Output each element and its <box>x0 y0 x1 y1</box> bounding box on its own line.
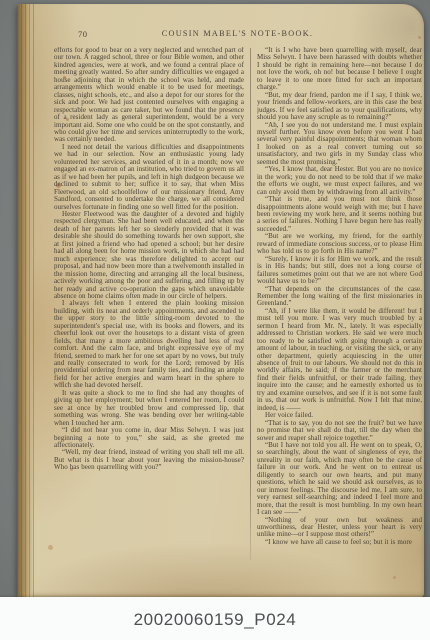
paragraph: It was quite a shock to me to find she h… <box>54 390 244 427</box>
column-divider-rule <box>250 48 251 560</box>
paragraph: “But are we working, my friend, for the … <box>257 233 422 255</box>
paragraph: “Well, my dear friend, instead of writin… <box>54 449 244 471</box>
paragraph: “Ah, if I were like them, it would be di… <box>257 308 422 412</box>
scanned-book-page: 70 COUSIN MABEL'S NOTE-BOOK. efforts for… <box>17 4 424 598</box>
paragraph: efforts for good to bear on a very negle… <box>54 47 244 144</box>
text-column-right: “It is I who have been quarrelling with … <box>257 47 422 564</box>
paragraph: “Surely, I know it is for Him we work, a… <box>257 256 422 286</box>
paragraph: “Yes, I know that, dear Hester. But you … <box>257 166 422 196</box>
paragraph: “I know we have all cause to feel so; bu… <box>257 539 422 546</box>
paragraph: “But I have not told you all. He went on… <box>257 442 422 517</box>
paragraph: “That is true, and you must not think th… <box>257 196 422 233</box>
running-title: COUSIN MABEL'S NOTE-BOOK. <box>54 29 421 38</box>
archive-accession-label: 20020060159_P024 <box>134 610 297 630</box>
page-header: 70 COUSIN MABEL'S NOTE-BOOK. <box>54 29 421 41</box>
paragraph: “That is to say, you do not see the frui… <box>257 420 422 442</box>
text-column-left: efforts for good to bear on a very negle… <box>54 47 244 564</box>
paragraph: “That depends on the circumstances of th… <box>257 286 422 308</box>
paragraph: Hester Fleetwood was the daughter of a d… <box>54 211 244 300</box>
two-column-text-block: efforts for good to bear on a very negle… <box>54 47 422 564</box>
page-gutter-edge <box>17 4 34 598</box>
paragraph: “Ah, I see you do not understand me. I m… <box>257 122 422 167</box>
paragraph: “It is I who have been quarrelling with … <box>257 47 422 92</box>
paragraph: “But, my dear friend, pardon me if I say… <box>257 92 422 122</box>
paragraph: “I did not hear you come in, dear Miss S… <box>54 427 244 449</box>
scan-photo-background: 70 COUSIN MABEL'S NOTE-BOOK. efforts for… <box>0 0 430 640</box>
paragraph: “Nothing of your own but weakness and un… <box>257 517 422 539</box>
archive-label-strip: 20020060159_P024 <box>0 597 430 640</box>
paragraph: I always felt when I entered the plain l… <box>54 300 244 389</box>
paragraph: I need not detail the various difficulti… <box>54 144 244 211</box>
